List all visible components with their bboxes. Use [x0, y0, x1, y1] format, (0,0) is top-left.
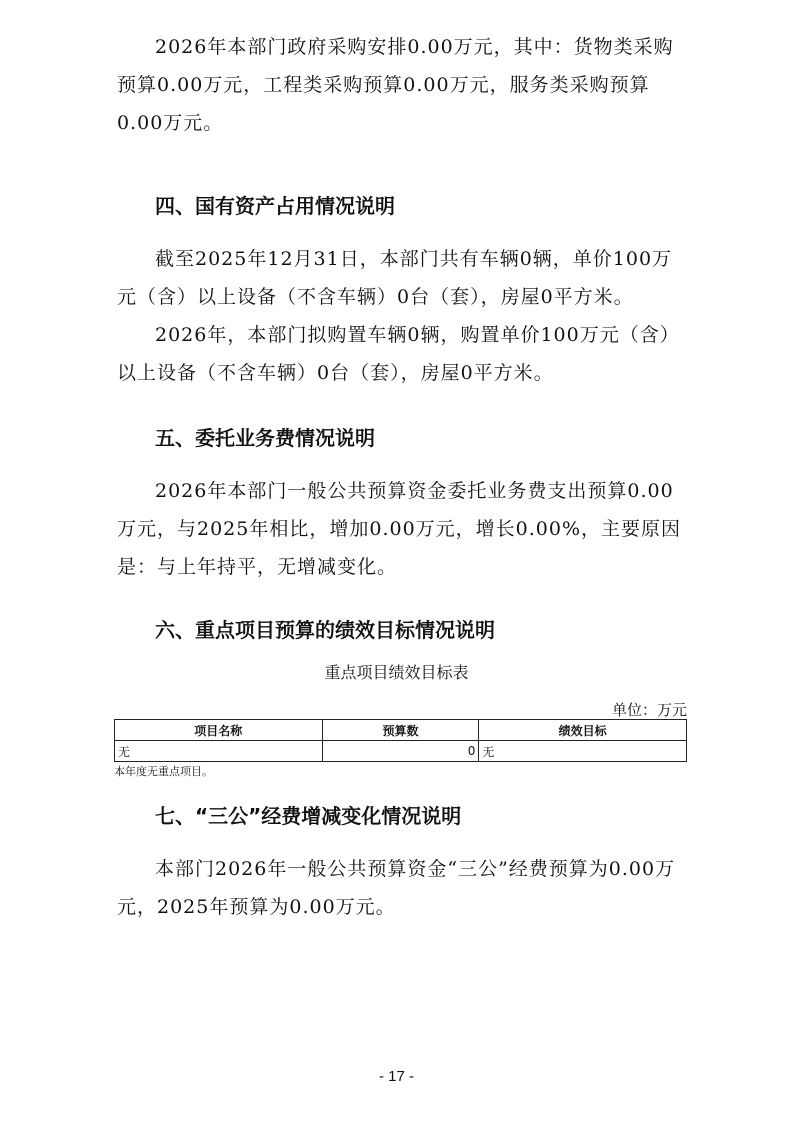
column-header: 绩效目标	[479, 720, 687, 741]
table-unit: 单位：万元	[612, 699, 687, 720]
section-heading-4: 四、国有资产占用情况说明	[155, 190, 395, 219]
table-title: 重点项目绩效目标表	[0, 660, 793, 683]
section-heading-5: 五、委托业务费情况说明	[155, 422, 375, 451]
column-header: 预算数	[322, 720, 479, 741]
page-number: - 17 -	[0, 1068, 793, 1085]
section-heading-7: 七、“三公”经费增减变化情况说明	[155, 800, 461, 829]
column-header: 项目名称	[115, 720, 323, 741]
section-heading-6: 六、重点项目预算的绩效目标情况说明	[155, 614, 495, 643]
procurement-paragraph: 2026年本部门政府采购安排0.00万元，其中：货物类采购预算0.00万元，工程…	[117, 28, 687, 142]
table-cell: 0	[322, 741, 479, 762]
performance-target-table: 项目名称 预算数 绩效目标 无 0 无	[114, 719, 687, 762]
entrusted-fee-paragraph: 2026年本部门一般公共预算资金委托业务费支出预算0.00万元，与2025年相比…	[117, 472, 687, 586]
table-cell: 无	[479, 741, 687, 762]
three-public-paragraph: 本部门2026年一般公共预算资金“三公”经费预算为0.00万元，2025年预算为…	[117, 850, 687, 926]
table-row: 无 0 无	[115, 741, 687, 762]
table-note: 本年度无重点项目。	[114, 763, 213, 779]
assets-paragraph-2: 2026年，本部门拟购置车辆0辆，购置单价100万元（含）以上设备（不含车辆）0…	[117, 316, 687, 392]
table-cell: 无	[115, 741, 323, 762]
assets-paragraph-1: 截至2025年12月31日，本部门共有车辆0辆，单价100万元（含）以上设备（不…	[117, 240, 687, 316]
table-header-row: 项目名称 预算数 绩效目标	[115, 720, 687, 741]
